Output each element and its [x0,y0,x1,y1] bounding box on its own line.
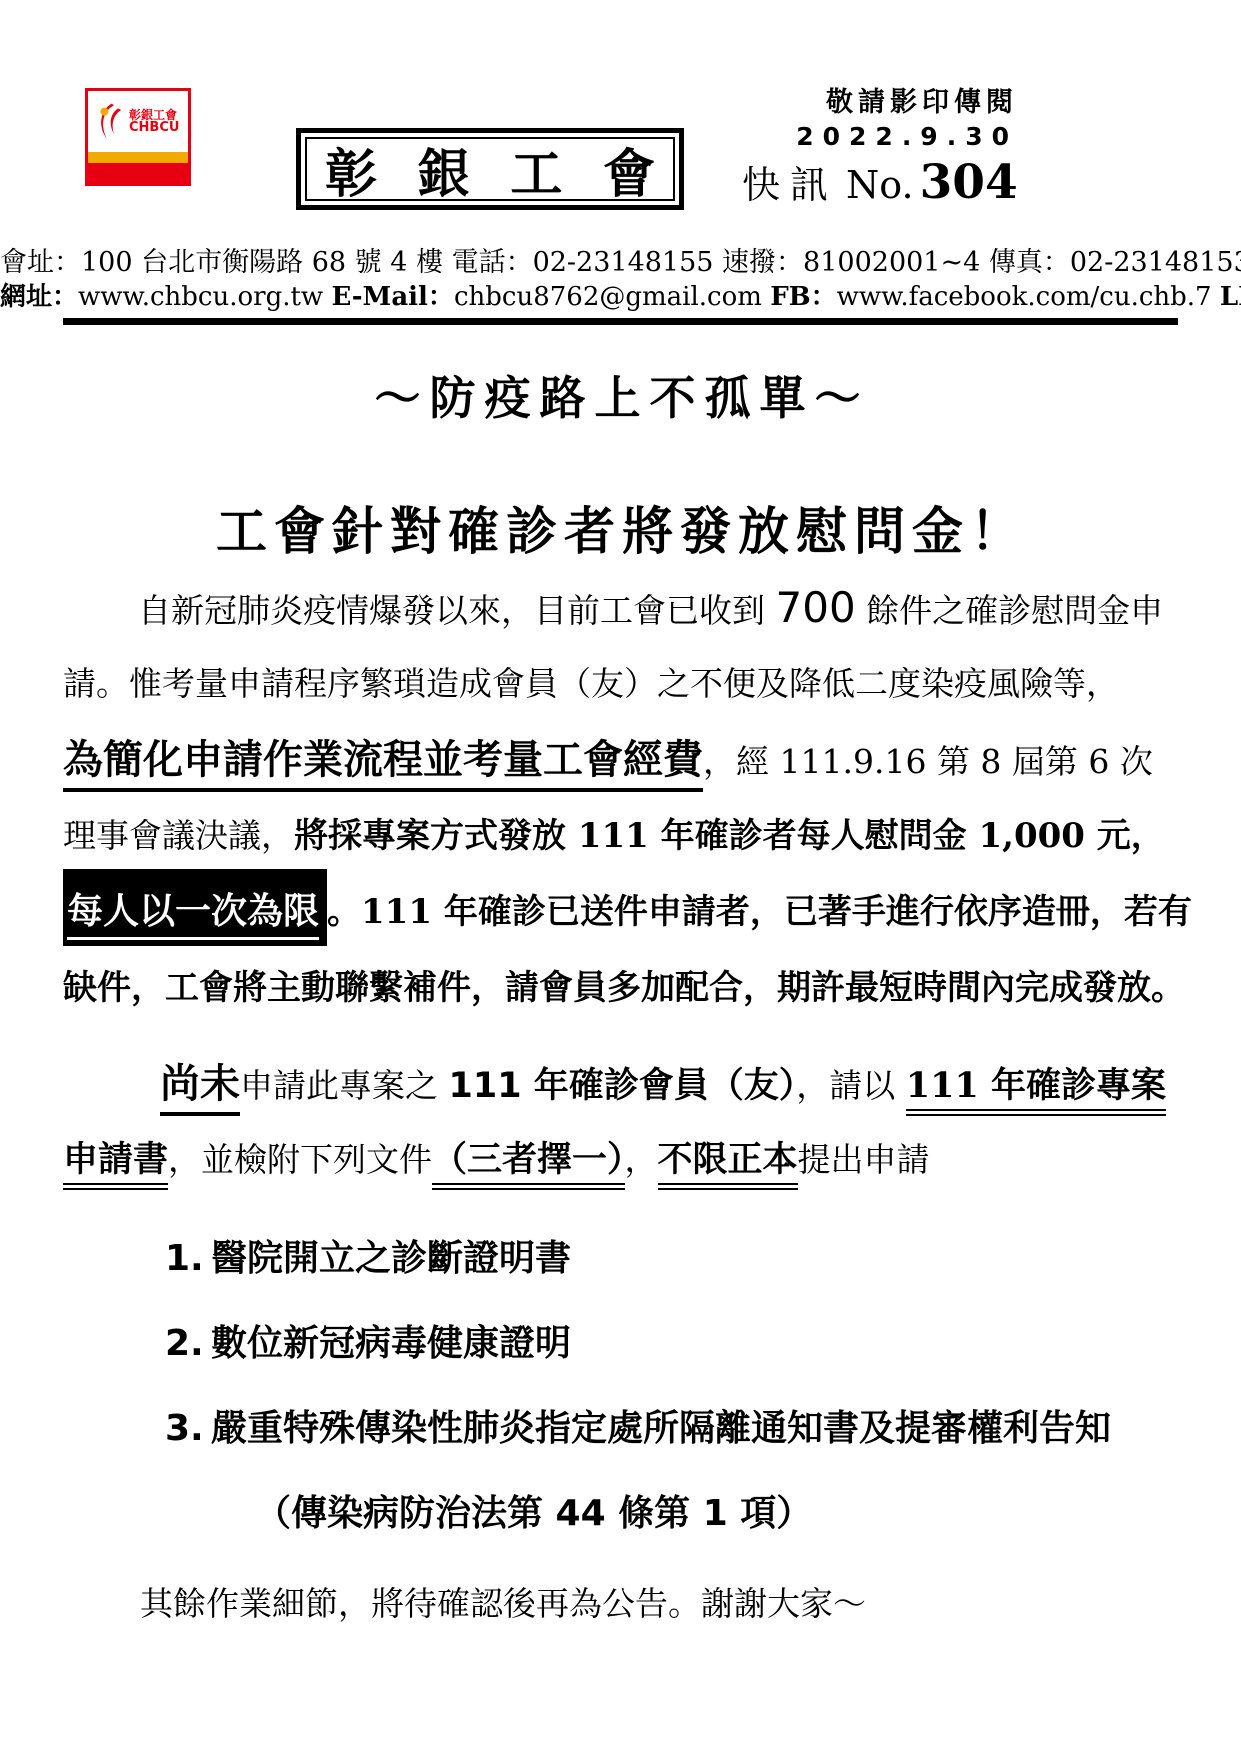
logo-name-en: CHBCU [129,121,179,135]
union-name: 彰 銀 工 會 [305,137,675,201]
web-url: www.chbcu.org.tw [78,282,331,312]
emphasis-payment: 將採專案方式發放 111 年確診者每人慰問金 1,000 元， [294,816,1165,856]
union-name-char: 會 [603,132,655,207]
contact-line: 網址：www.chbcu.org.tw E-Mail：chbcu8762@gma… [0,276,1241,313]
address-line: 會址：100 台北市衡陽路 68 號 4 樓 電話：02-23148155 速撥… [0,240,1241,279]
body-text: ， [625,1140,658,1179]
list-text: 數位新冠病毒健康證明 [211,1323,571,1364]
union-name-char: 彰 [325,132,377,207]
document-body: ～防疫路上不孤單～ 工會針對確診者將發放慰問金！ 自新冠肺炎疫情爆發以來，目前工… [63,360,1181,1642]
emphasis-notyet: 尚未 [160,1061,240,1116]
emphasis-members: 111 年確診會員（友） [449,1066,797,1106]
line-label: LINE [1220,282,1241,312]
body-text: 。111 年確診已送件申請者，已著手進行依序造冊，若有 [327,892,1192,932]
body-line-8: 申請書，並檢附下列文件（三者擇一），不限正本提出申請 [63,1122,1181,1198]
list-text: 醫院開立之診斷證明書 [211,1238,571,1279]
logo-top: 彰銀工會 CHBCU [88,91,188,151]
body-text: 自新冠肺炎疫情爆發以來，目前工會已收到 [138,591,776,630]
bulletin-line: 快訊 No. 304 [742,154,1018,210]
body-text: 提出申請 [798,1140,930,1179]
divider-rule [63,318,1178,325]
body-line-5: 每人以一次為限。111 年確診已送件申請者，已著手進行依序造冊，若有 [63,874,1181,950]
emphasis-special-case: 111 年確診專案 [906,1065,1166,1116]
list-item-2: 2.數位新冠病毒健康證明 [63,1301,1181,1386]
body-line-7: 尚未申請此專案之 111 年確診會員（友），請以 111 年確診專案 [63,1046,1181,1122]
body-text: ，經 111.9.16 第 8 屆第 6 次 [703,742,1153,781]
body-line-4: 理事會議決議，將採專案方式發放 111 年確診者每人慰問金 1,000 元， [63,798,1181,874]
logo-gold-stripe [88,152,188,163]
union-name-box: 彰 銀 工 會 [296,128,684,210]
list-text: 嚴重特殊傳染性肺炎指定處所隔離通知書及提審權利告知 [211,1408,1111,1449]
union-name-char: 銀 [418,132,470,207]
subtitle: 工會針對確診者將發放慰問金！ [63,494,1181,570]
main-title: ～防疫路上不孤單～ [63,360,1181,436]
swoosh-icon [94,102,126,142]
highlight-text: 每人以一次為限 [67,891,319,940]
notice-block: 敬請影印傳閱 2022.9.30 [796,80,1018,151]
body-line-6: 缺件，工會將主動聯繫補件，請會員多加配合，期許最短時間內完成發放。 [63,950,1181,1026]
body-line-2: 請。惟考量申請程序繁瑣造成會員（友）之不便及降低二度染疫風險等， [63,646,1181,722]
list-item-3-note: （傳染病防治法第 44 條第 1 項） [63,1471,1181,1556]
list-number: 1. [165,1216,211,1301]
body-text: 理事會議決議， [63,816,294,855]
fb-label: FB： [770,282,836,312]
union-name-char: 工 [510,132,562,207]
issue-date: 2022.9.30 [796,122,1018,151]
newsletter-page: 彰銀工會 CHBCU 敬請影印傳閱 2022.9.30 彰 銀 工 會 快訊 N… [0,0,1241,1755]
chbcu-logo: 彰銀工會 CHBCU [85,88,191,186]
list-number: 2. [165,1301,211,1386]
email-value: chbcu8762@gmail.com [454,282,770,312]
highlight-once-per-person: 每人以一次為限 [63,869,327,946]
fb-url: www.facebook.com/cu.chb.7 [837,282,1220,312]
bulletin-number: 304 [920,155,1018,210]
bulletin-label: 快訊 [742,154,838,209]
list-number: 3. [165,1386,211,1471]
body-line-1: 自新冠肺炎疫情爆發以來，目前工會已收到 700 餘件之確診慰問金申 [63,570,1181,646]
web-label: 網址： [0,282,78,312]
logo-red-stripe [88,163,188,183]
body-text: ，並檢附下列文件 [168,1140,432,1179]
emphasis-no-original: 不限正本 [658,1139,798,1190]
emphasis-choose-one: （三者擇一） [432,1139,625,1190]
emphasis-application-form: 申請書 [63,1139,168,1190]
logo-text: 彰銀工會 CHBCU [129,109,179,135]
copy-notice: 敬請影印傳閱 [796,80,1018,119]
body-text: 申請此專案之 [240,1066,449,1105]
list-item-3: 3.嚴重特殊傳染性肺炎指定處所隔離通知書及提審權利告知 [63,1386,1181,1471]
emphasis-simplify: 為簡化申請作業流程並考量工會經費 [63,737,703,792]
count-700: 700 [776,583,856,632]
list-item-1: 1.醫院開立之診斷證明書 [63,1216,1181,1301]
body-text: 餘件之確診慰問金申 [856,591,1164,630]
body-line-3: 為簡化申請作業流程並考量工會經費，經 111.9.16 第 8 屆第 6 次 [63,722,1181,798]
body-text: ，請以 [796,1066,906,1105]
bulletin-no-label: No. [846,163,914,207]
email-label: E-Mail： [331,282,453,312]
closing-line: 其餘作業細節，將待確認後再為公告。謝謝大家～ [63,1566,1181,1642]
